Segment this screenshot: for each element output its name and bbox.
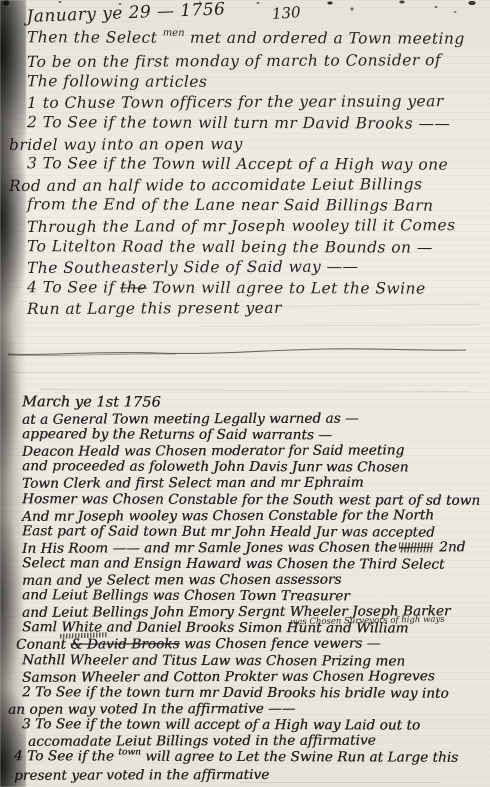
manuscript-line: Nathll Wheeler and Titus Law was Chosen …: [22, 652, 484, 670]
entry-date: March ye 1st 1756: [22, 394, 484, 412]
line-text: Conant: [16, 637, 70, 653]
hand-drawn-divider: [6, 342, 468, 358]
manuscript-line: 3 To See if the Town will Accept of a Hi…: [27, 153, 483, 175]
manuscript-line: bridel way into an open way: [9, 133, 483, 156]
manuscript-line: Then the Select men met and ordered a To…: [27, 27, 483, 52]
ruled-line: [40, 389, 470, 392]
struck-word: the: [120, 278, 147, 296]
manuscript-line: The following articles: [27, 71, 483, 93]
manuscript-line: Run at Large this present year: [27, 297, 483, 320]
manuscript-line: 2 To See if the town turn mr David Brook…: [22, 684, 484, 702]
manuscript-line: 1 to Chuse Town officers for the year in…: [27, 91, 483, 114]
manuscript-line: Samson Wheeler and Cotton Prokter was Ch…: [22, 668, 484, 686]
manuscript-line: 4 To See if the Town will agree to Let t…: [27, 277, 483, 299]
manuscript-line: 2 To See if the town will turn mr David …: [27, 112, 483, 134]
line-text: 2nd: [435, 539, 466, 555]
manuscript-line: In His Room —— and mr Samle Jones was Ch…: [22, 539, 484, 557]
ruled-line: [10, 372, 480, 373]
manuscript-line: accomadate Leiut Billings voted in the a…: [28, 732, 484, 750]
manuscript-line: And mr Joseph wooley was Chosen Constabl…: [22, 507, 484, 525]
interline-insertion: men: [163, 27, 185, 38]
manuscript-line: Town Clerk and first Select man and mr E…: [22, 475, 484, 493]
manuscript-line: The Southeasterly Side of Said way ——: [27, 256, 483, 279]
interline-insertion: town: [118, 748, 141, 758]
line-text: met and ordered a Town meeting: [185, 28, 465, 47]
interline-insertion-surveyors: was Chosen Surveyors of high ways: [290, 612, 445, 631]
manuscript-line: Select man and Ensign Haward was Chosen …: [22, 555, 484, 573]
manuscript-line: at a General Town meeting Legally warned…: [22, 410, 484, 428]
line-text: 4 To See if: [27, 278, 120, 296]
manuscript-line: and Leiut Bellings was Chosen Town Treas…: [22, 587, 484, 605]
line-text: will agree to Let the Swine Run at Large…: [141, 749, 458, 766]
scribbled-out-word: [399, 542, 433, 552]
ruled-line: [200, 324, 480, 327]
entry-march-1756: March ye 1st 1756 at a General Town meet…: [22, 395, 484, 783]
entry-date: January ye 29 — 1756: [26, 0, 482, 28]
manuscript-line: East part of Said town But mr John Heald…: [22, 523, 484, 541]
manuscript-line: from the End of the Lane near Said Billi…: [27, 195, 483, 217]
manuscript-page: 130 January ye 29 — 1756 Then the Select…: [0, 0, 490, 787]
line-text: was Chosen fence vewers —: [180, 636, 381, 653]
manuscript-line: To be on the first monday of march to Co…: [27, 50, 483, 73]
line-text: Town will agree to Let the Swine: [147, 278, 426, 297]
line-text: 4 To See if the: [14, 748, 118, 764]
manuscript-line: Hosmer was Chosen Constable for the Sout…: [22, 491, 484, 509]
manuscript-line: Conant & David Brooks was Chosen fence v…: [16, 636, 484, 654]
line-text: In His Room —— and mr Samle Jones was Ch…: [22, 539, 397, 556]
manuscript-line: Through the Land of mr Joseph wooley til…: [27, 215, 483, 238]
struck-words: & David Brooks: [70, 637, 179, 653]
manuscript-line: 4 To See if the town will agree to Let t…: [14, 748, 484, 768]
manuscript-line: man and ye Select men was Chosen assesso…: [22, 571, 484, 589]
manuscript-line: To Litelton Road the wall being the Boun…: [27, 236, 483, 258]
manuscript-line: 3 To See if the town will accept of a Hi…: [22, 716, 484, 734]
manuscript-line: present year voted in the affirmative: [14, 766, 484, 784]
manuscript-line: appeared by the Returns of Said warrants…: [22, 426, 484, 444]
manuscript-line: Rod and an half wide to accomidate Leiut…: [9, 174, 483, 197]
entry-january-1756: January ye 29 — 1756 Then the Select men…: [27, 7, 483, 319]
manuscript-line: an open way voted In the affirmative ——: [8, 700, 484, 718]
line-text: Then the Select: [27, 28, 163, 46]
